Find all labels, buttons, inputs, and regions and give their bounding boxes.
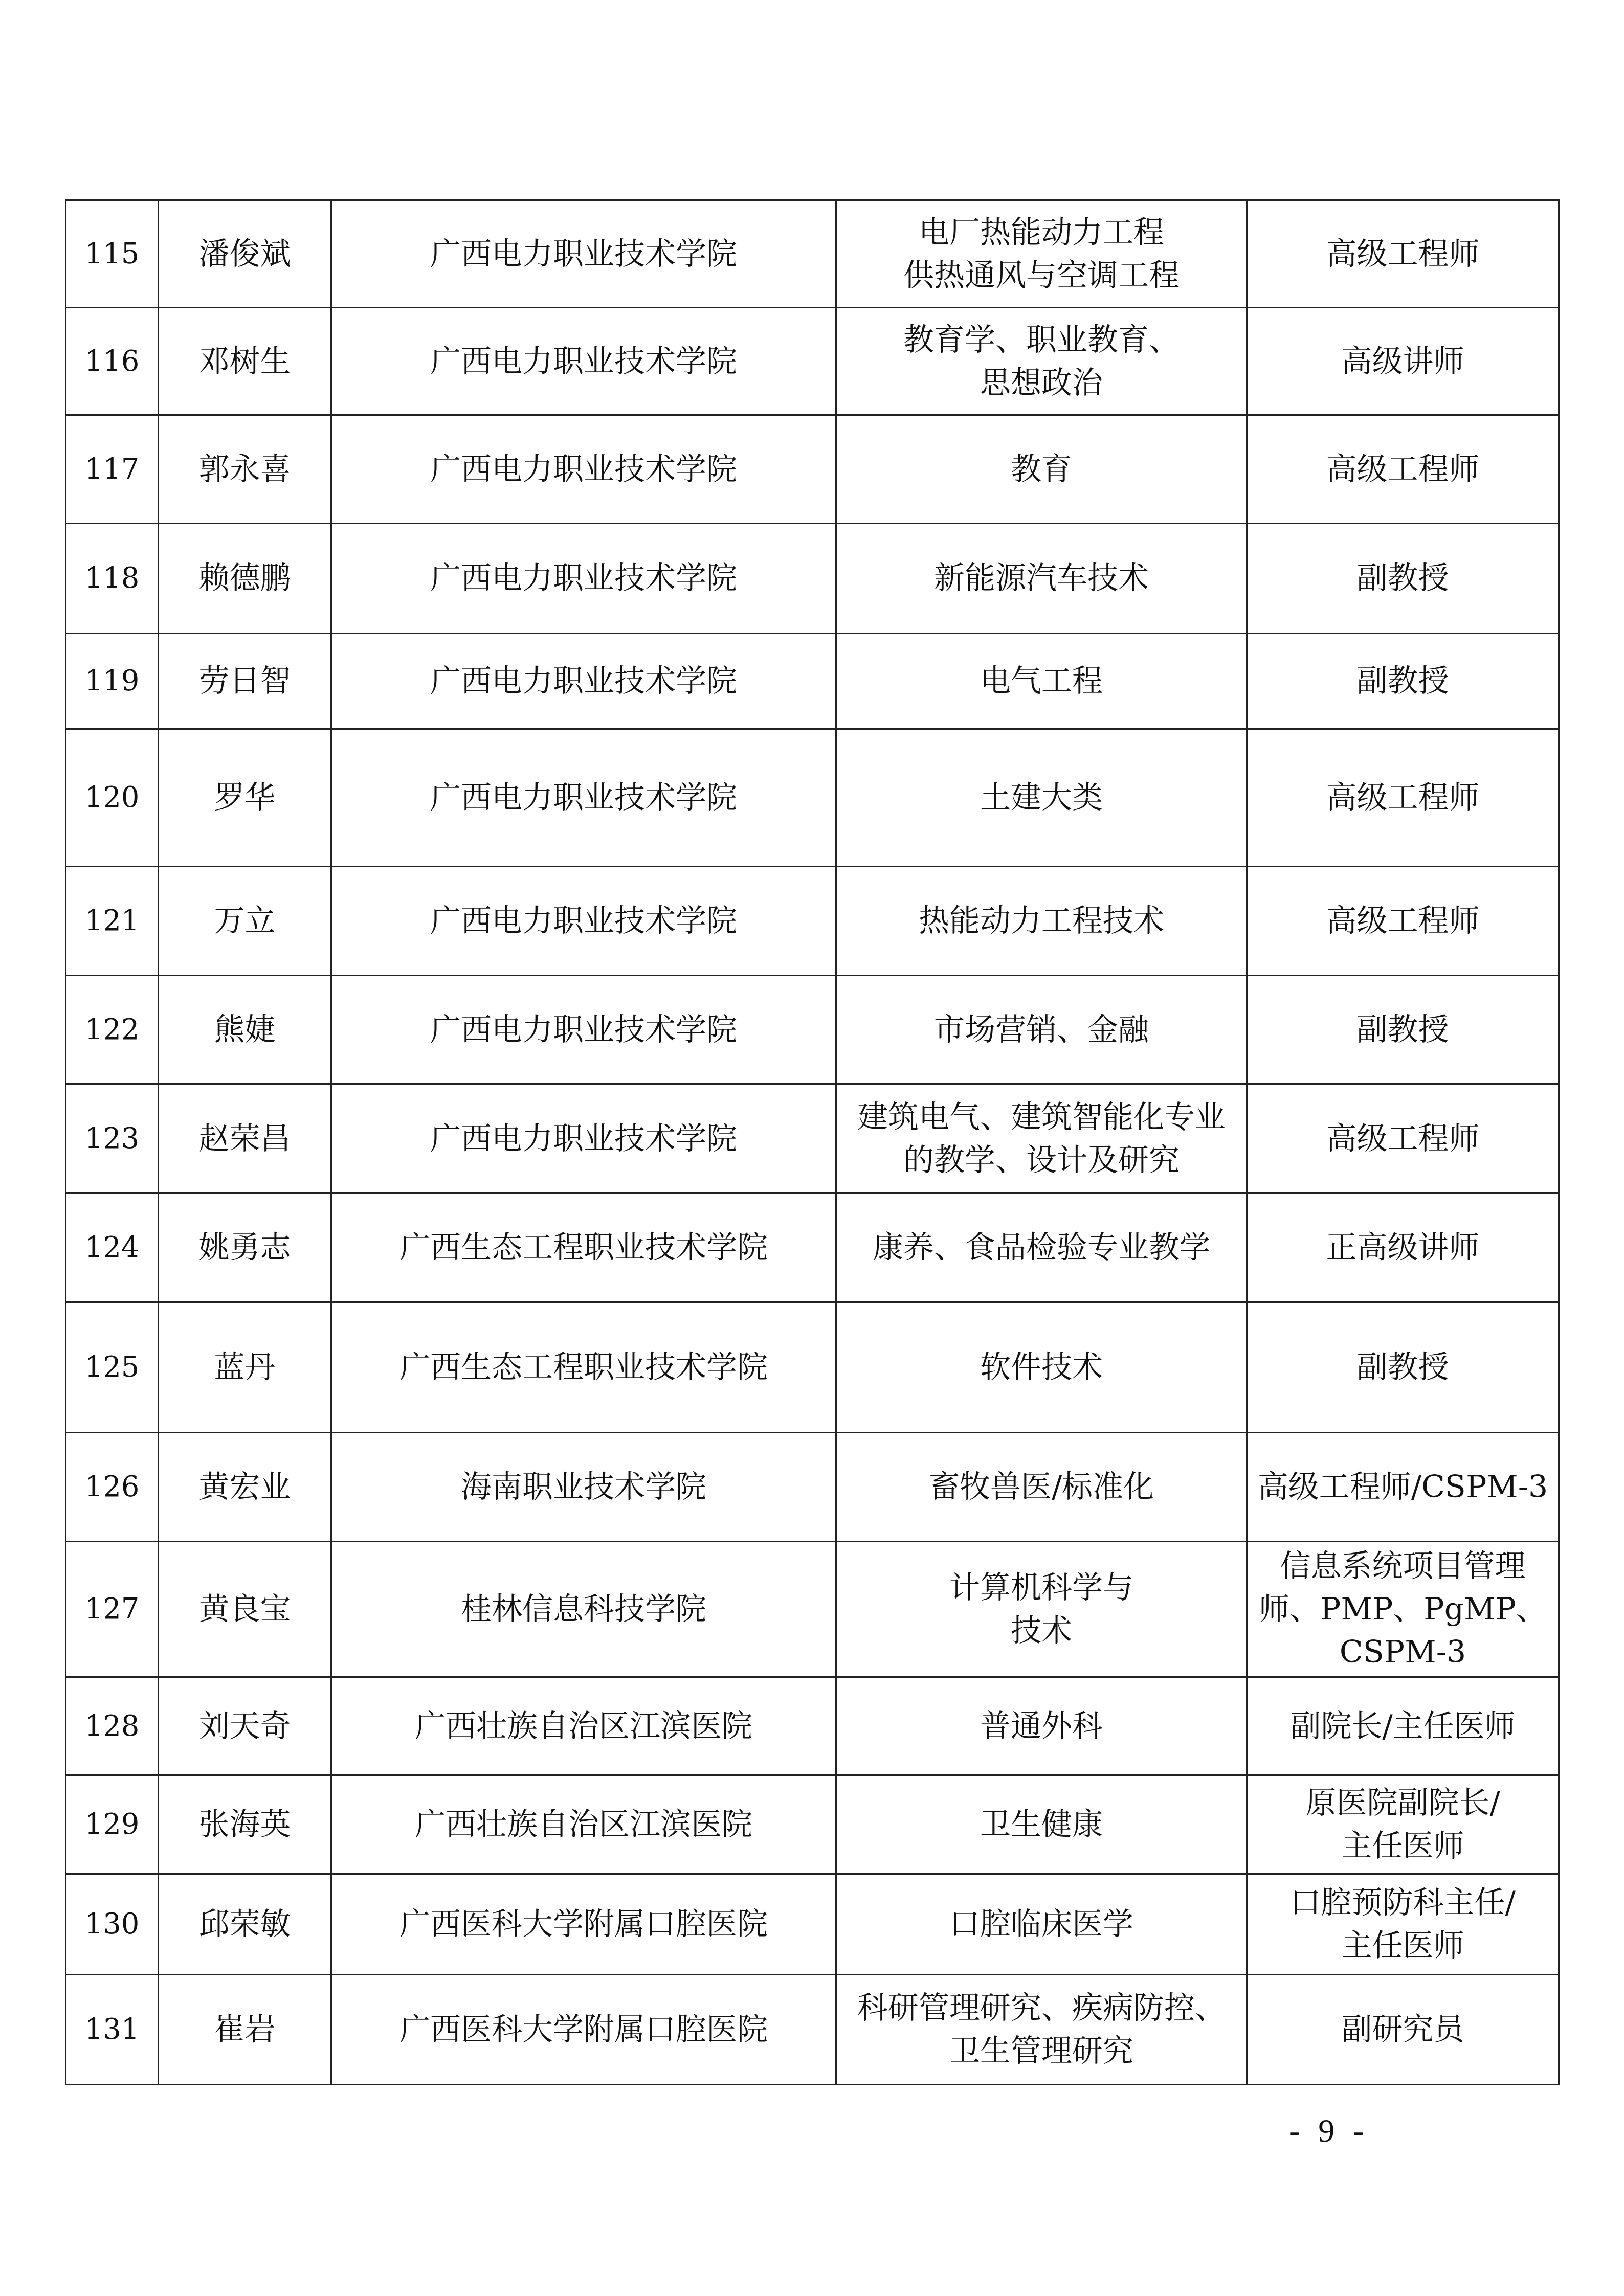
professional-title: 正高级讲师 bbox=[1247, 1194, 1559, 1302]
row-number: 131 bbox=[66, 1975, 159, 2085]
row-number: 124 bbox=[66, 1194, 159, 1302]
row-number: 121 bbox=[66, 867, 159, 976]
specialty: 口腔临床医学 bbox=[836, 1874, 1247, 1975]
specialty: 电气工程 bbox=[836, 634, 1247, 729]
row-number: 125 bbox=[66, 1302, 159, 1433]
work-unit: 桂林信息科技学院 bbox=[331, 1542, 836, 1677]
row-number: 122 bbox=[66, 976, 159, 1084]
professional-title: 副教授 bbox=[1247, 524, 1559, 634]
person-name: 郭永喜 bbox=[159, 415, 331, 524]
row-number: 115 bbox=[66, 200, 159, 308]
professional-title: 高级工程师 bbox=[1247, 200, 1559, 308]
table-row: 130 邱荣敏 广西医科大学附属口腔医院 口腔临床医学 口腔预防科主任/ 主任医… bbox=[66, 1874, 1559, 1975]
specialty: 土建大类 bbox=[836, 729, 1247, 867]
person-name: 赖德鹏 bbox=[159, 524, 331, 634]
work-unit: 广西电力职业技术学院 bbox=[331, 200, 836, 308]
work-unit: 广西电力职业技术学院 bbox=[331, 634, 836, 729]
specialty: 软件技术 bbox=[836, 1302, 1247, 1433]
work-unit: 广西电力职业技术学院 bbox=[331, 524, 836, 634]
row-number: 116 bbox=[66, 308, 159, 415]
work-unit: 广西电力职业技术学院 bbox=[331, 867, 836, 976]
person-name: 黄宏业 bbox=[159, 1433, 331, 1542]
row-number: 120 bbox=[66, 729, 159, 867]
work-unit: 广西电力职业技术学院 bbox=[331, 1084, 836, 1194]
professional-title: 副院长/主任医师 bbox=[1247, 1677, 1559, 1775]
row-number: 130 bbox=[66, 1874, 159, 1975]
person-name: 赵荣昌 bbox=[159, 1084, 331, 1194]
specialty: 康养、食品检验专业教学 bbox=[836, 1194, 1247, 1302]
table-row: 131 崔岩 广西医科大学附属口腔医院 科研管理研究、疾病防控、 卫生管理研究 … bbox=[66, 1975, 1559, 2085]
person-name: 崔岩 bbox=[159, 1975, 331, 2085]
page-number: - 9 - bbox=[1289, 2112, 1369, 2150]
table-row: 120 罗华 广西电力职业技术学院 土建大类 高级工程师 bbox=[66, 729, 1559, 867]
table-row: 118 赖德鹏 广西电力职业技术学院 新能源汽车技术 副教授 bbox=[66, 524, 1559, 634]
person-name: 张海英 bbox=[159, 1775, 331, 1874]
roster-body: 115 潘俊斌 广西电力职业技术学院 电厂热能动力工程 供热通风与空调工程 高级… bbox=[66, 200, 1559, 2085]
specialty: 卫生健康 bbox=[836, 1775, 1247, 1874]
row-number: 123 bbox=[66, 1084, 159, 1194]
professional-title: 副教授 bbox=[1247, 634, 1559, 729]
work-unit: 广西电力职业技术学院 bbox=[331, 308, 836, 415]
work-unit: 广西电力职业技术学院 bbox=[331, 415, 836, 524]
table-row: 128 刘天奇 广西壮族自治区江滨医院 普通外科 副院长/主任医师 bbox=[66, 1677, 1559, 1775]
specialty: 计算机科学与 技术 bbox=[836, 1542, 1247, 1677]
row-number: 117 bbox=[66, 415, 159, 524]
row-number: 129 bbox=[66, 1775, 159, 1874]
specialty: 市场营销、金融 bbox=[836, 976, 1247, 1084]
professional-title: 副教授 bbox=[1247, 1302, 1559, 1433]
professional-title: 高级工程师 bbox=[1247, 1084, 1559, 1194]
professional-title: 副研究员 bbox=[1247, 1975, 1559, 2085]
professional-title: 副教授 bbox=[1247, 976, 1559, 1084]
work-unit: 广西生态工程职业技术学院 bbox=[331, 1302, 836, 1433]
table-row: 124 姚勇志 广西生态工程职业技术学院 康养、食品检验专业教学 正高级讲师 bbox=[66, 1194, 1559, 1302]
professional-title: 原医院副院长/ 主任医师 bbox=[1247, 1775, 1559, 1874]
person-name: 姚勇志 bbox=[159, 1194, 331, 1302]
work-unit: 广西医科大学附属口腔医院 bbox=[331, 1874, 836, 1975]
specialty: 建筑电气、建筑智能化专业 的教学、设计及研究 bbox=[836, 1084, 1247, 1194]
table-row: 122 熊婕 广西电力职业技术学院 市场营销、金融 副教授 bbox=[66, 976, 1559, 1084]
specialty: 普通外科 bbox=[836, 1677, 1247, 1775]
specialty: 科研管理研究、疾病防控、 卫生管理研究 bbox=[836, 1975, 1247, 2085]
work-unit: 广西电力职业技术学院 bbox=[331, 729, 836, 867]
table-row: 119 劳日智 广西电力职业技术学院 电气工程 副教授 bbox=[66, 634, 1559, 729]
specialty: 新能源汽车技术 bbox=[836, 524, 1247, 634]
person-name: 潘俊斌 bbox=[159, 200, 331, 308]
specialty: 教育 bbox=[836, 415, 1247, 524]
person-name: 邓树生 bbox=[159, 308, 331, 415]
table-row: 125 蓝丹 广西生态工程职业技术学院 软件技术 副教授 bbox=[66, 1302, 1559, 1433]
specialty: 电厂热能动力工程 供热通风与空调工程 bbox=[836, 200, 1247, 308]
person-name: 邱荣敏 bbox=[159, 1874, 331, 1975]
work-unit: 广西生态工程职业技术学院 bbox=[331, 1194, 836, 1302]
person-name: 罗华 bbox=[159, 729, 331, 867]
professional-title: 高级工程师/CSPM-3 bbox=[1247, 1433, 1559, 1542]
work-unit: 广西壮族自治区江滨医院 bbox=[331, 1775, 836, 1874]
professional-title: 信息系统项目管理 师、PMP、PgMP、 CSPM-3 bbox=[1247, 1542, 1559, 1677]
table-row: 116 邓树生 广西电力职业技术学院 教育学、职业教育、 思想政治 高级讲师 bbox=[66, 308, 1559, 415]
document-page: 115 潘俊斌 广西电力职业技术学院 电厂热能动力工程 供热通风与空调工程 高级… bbox=[0, 0, 1624, 2296]
person-name: 刘天奇 bbox=[159, 1677, 331, 1775]
row-number: 119 bbox=[66, 634, 159, 729]
table-row: 123 赵荣昌 广西电力职业技术学院 建筑电气、建筑智能化专业 的教学、设计及研… bbox=[66, 1084, 1559, 1194]
person-name: 万立 bbox=[159, 867, 331, 976]
person-name: 蓝丹 bbox=[159, 1302, 331, 1433]
work-unit: 海南职业技术学院 bbox=[331, 1433, 836, 1542]
person-name: 劳日智 bbox=[159, 634, 331, 729]
professional-title: 高级讲师 bbox=[1247, 308, 1559, 415]
person-name: 熊婕 bbox=[159, 976, 331, 1084]
professional-title: 高级工程师 bbox=[1247, 415, 1559, 524]
specialty: 热能动力工程技术 bbox=[836, 867, 1247, 976]
row-number: 126 bbox=[66, 1433, 159, 1542]
table-row: 121 万立 广西电力职业技术学院 热能动力工程技术 高级工程师 bbox=[66, 867, 1559, 976]
table-row: 115 潘俊斌 广西电力职业技术学院 电厂热能动力工程 供热通风与空调工程 高级… bbox=[66, 200, 1559, 308]
table-row: 127 黄良宝 桂林信息科技学院 计算机科学与 技术 信息系统项目管理 师、PM… bbox=[66, 1542, 1559, 1677]
table-row: 117 郭永喜 广西电力职业技术学院 教育 高级工程师 bbox=[66, 415, 1559, 524]
specialty: 畜牧兽医/标准化 bbox=[836, 1433, 1247, 1542]
work-unit: 广西电力职业技术学院 bbox=[331, 976, 836, 1084]
work-unit: 广西壮族自治区江滨医院 bbox=[331, 1677, 836, 1775]
professional-title: 口腔预防科主任/ 主任医师 bbox=[1247, 1874, 1559, 1975]
row-number: 118 bbox=[66, 524, 159, 634]
table-row: 126 黄宏业 海南职业技术学院 畜牧兽医/标准化 高级工程师/CSPM-3 bbox=[66, 1433, 1559, 1542]
professional-title: 高级工程师 bbox=[1247, 729, 1559, 867]
expert-roster-table: 115 潘俊斌 广西电力职业技术学院 电厂热能动力工程 供热通风与空调工程 高级… bbox=[65, 199, 1560, 2085]
person-name: 黄良宝 bbox=[159, 1542, 331, 1677]
row-number: 127 bbox=[66, 1542, 159, 1677]
row-number: 128 bbox=[66, 1677, 159, 1775]
professional-title: 高级工程师 bbox=[1247, 867, 1559, 976]
specialty: 教育学、职业教育、 思想政治 bbox=[836, 308, 1247, 415]
table-row: 129 张海英 广西壮族自治区江滨医院 卫生健康 原医院副院长/ 主任医师 bbox=[66, 1775, 1559, 1874]
work-unit: 广西医科大学附属口腔医院 bbox=[331, 1975, 836, 2085]
